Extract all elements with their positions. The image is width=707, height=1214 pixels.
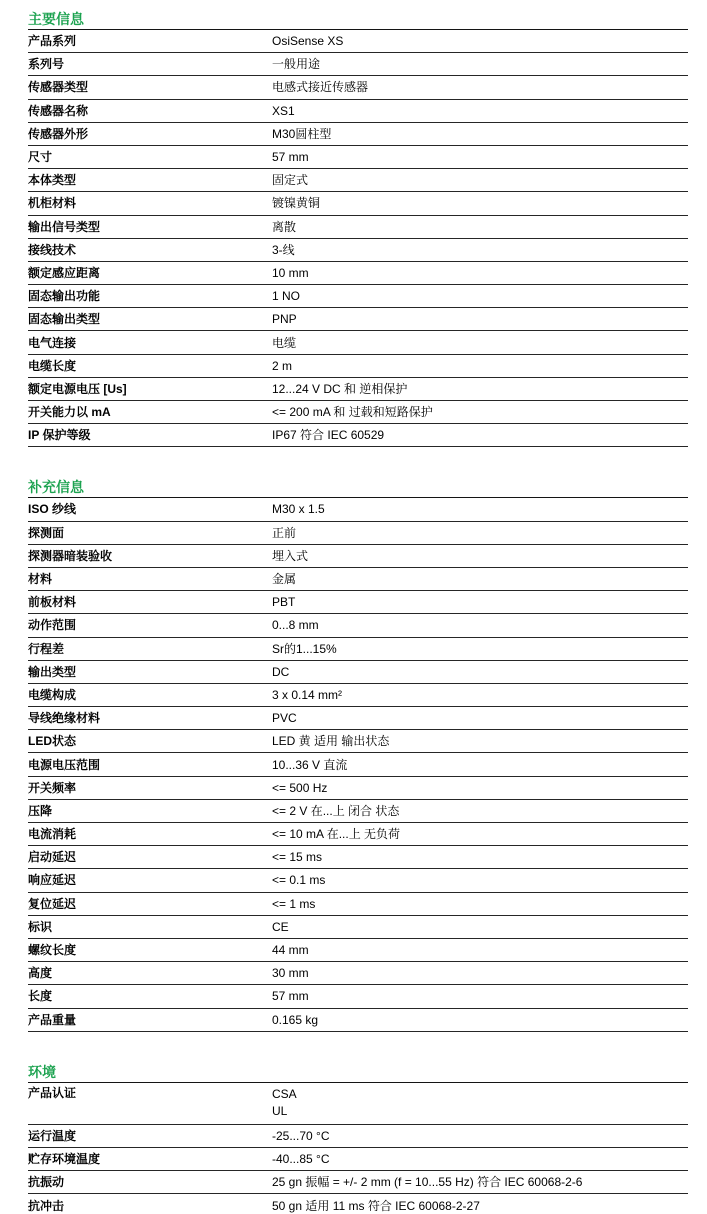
row-value: 30 mm (272, 966, 688, 980)
row-label: 固态输出功能 (28, 289, 272, 303)
spec-section: 补充信息 ISO 纱线 M30 x 1.5 探测面 正前 探测器暗装验收 埋入式… (28, 480, 688, 1031)
spec-table: 产品认证 CSAUL 运行温度 -25...70 °C 贮存环境温度 -40..… (28, 1082, 688, 1214)
product-datasheet-page: 主要信息 产品系列 OsiSense XS 系列号 一般用途 传感器类型 电感式… (0, 0, 707, 1214)
spec-section: 环境 产品认证 CSAUL 运行温度 -25...70 °C 贮存环境温度 -4… (28, 1065, 688, 1214)
row-value: 镀镍黄铜 (272, 196, 688, 210)
table-row: 输出类型 DC (28, 661, 688, 684)
row-value: 25 gn 振幅 = +/- 2 mm (f = 10...55 Hz) 符合 … (272, 1175, 688, 1189)
row-label: 探测面 (28, 526, 272, 540)
row-label: 贮存环境温度 (28, 1152, 272, 1166)
spec-table: 产品系列 OsiSense XS 系列号 一般用途 传感器类型 电感式接近传感器… (28, 29, 688, 447)
row-value: 0...8 mm (272, 618, 688, 632)
table-row: 行程差 Sr的1...15% (28, 638, 688, 661)
row-label: 尺寸 (28, 150, 272, 164)
row-label: 接线技术 (28, 243, 272, 257)
row-value: 44 mm (272, 943, 688, 957)
table-row: 导线绝缘材料 PVC (28, 707, 688, 730)
row-value: 离散 (272, 220, 688, 234)
row-label: 开关能力以 mA (28, 405, 272, 419)
row-value-line: UL (272, 1103, 688, 1120)
row-label: 复位延迟 (28, 897, 272, 911)
row-label: 行程差 (28, 642, 272, 656)
row-value: 正前 (272, 526, 688, 540)
row-value: OsiSense XS (272, 34, 688, 48)
table-row: 产品重量 0.165 kg (28, 1009, 688, 1032)
table-row: 电气连接 电缆 (28, 331, 688, 354)
table-row: IP 保护等级 IP67 符合 IEC 60529 (28, 424, 688, 447)
row-value: 电缆 (272, 336, 688, 350)
spec-section: 主要信息 产品系列 OsiSense XS 系列号 一般用途 传感器类型 电感式… (28, 12, 688, 447)
row-label: 输出类型 (28, 665, 272, 679)
row-value: 埋入式 (272, 549, 688, 563)
row-value: <= 500 Hz (272, 781, 688, 795)
row-label: 开关频率 (28, 781, 272, 795)
table-row: 运行温度 -25...70 °C (28, 1125, 688, 1148)
row-value: 10...36 V 直流 (272, 758, 688, 772)
row-label: 电气连接 (28, 336, 272, 350)
row-value: <= 2 V 在...上 闭合 状态 (272, 804, 688, 818)
row-value: <= 15 ms (272, 850, 688, 864)
table-row: 开关频率 <= 500 Hz (28, 777, 688, 800)
row-value: 电感式接近传感器 (272, 80, 688, 94)
row-value: DC (272, 665, 688, 679)
row-label: 动作范围 (28, 618, 272, 632)
table-row: 固态输出功能 1 NO (28, 285, 688, 308)
table-row: 系列号 一般用途 (28, 53, 688, 76)
row-label: 高度 (28, 966, 272, 980)
table-row: 前板材料 PBT (28, 591, 688, 614)
row-label: 系列号 (28, 57, 272, 71)
row-label: 响应延迟 (28, 873, 272, 887)
row-value: <= 1 ms (272, 897, 688, 911)
row-label: 机柜材料 (28, 196, 272, 210)
row-value: 57 mm (272, 150, 688, 164)
row-label: 标识 (28, 920, 272, 934)
row-value: 10 mm (272, 266, 688, 280)
row-value: <= 200 mA 和 过载和短路保护 (272, 405, 688, 419)
table-row: 螺纹长度 44 mm (28, 939, 688, 962)
table-row: 电缆构成 3 x 0.14 mm² (28, 684, 688, 707)
row-label: 本体类型 (28, 173, 272, 187)
table-row: 材料 金属 (28, 568, 688, 591)
row-label: 压降 (28, 804, 272, 818)
row-value: XS1 (272, 104, 688, 118)
table-row: 产品系列 OsiSense XS (28, 30, 688, 53)
row-value: 3-线 (272, 243, 688, 257)
table-row: 探测器暗装验收 埋入式 (28, 545, 688, 568)
table-row: 输出信号类型 离散 (28, 216, 688, 239)
row-label: 运行温度 (28, 1129, 272, 1143)
table-row: 开关能力以 mA <= 200 mA 和 过载和短路保护 (28, 401, 688, 424)
table-row: 电流消耗 <= 10 mA 在...上 无负荷 (28, 823, 688, 846)
row-value: 固定式 (272, 173, 688, 187)
row-label: 抗冲击 (28, 1199, 272, 1213)
table-row: 标识 CE (28, 916, 688, 939)
row-value-line: CSA (272, 1086, 688, 1103)
table-row: 产品认证 CSAUL (28, 1083, 688, 1125)
row-label: 电源电压范围 (28, 758, 272, 772)
row-value: CSAUL (272, 1086, 688, 1120)
row-label: 电缆构成 (28, 688, 272, 702)
row-value: -25...70 °C (272, 1129, 688, 1143)
table-row: 高度 30 mm (28, 962, 688, 985)
table-row: 接线技术 3-线 (28, 239, 688, 262)
row-label: 长度 (28, 989, 272, 1003)
row-label: 传感器名称 (28, 104, 272, 118)
row-label: 启动延迟 (28, 850, 272, 864)
table-row: 本体类型 固定式 (28, 169, 688, 192)
table-row: 启动延迟 <= 15 ms (28, 846, 688, 869)
table-row: 固态输出类型 PNP (28, 308, 688, 331)
row-label: 额定感应距离 (28, 266, 272, 280)
row-label: 传感器类型 (28, 80, 272, 94)
row-value: 0.165 kg (272, 1013, 688, 1027)
row-label: 探测器暗装验收 (28, 549, 272, 563)
row-label: 电流消耗 (28, 827, 272, 841)
row-value: LED 黄 适用 输出状态 (272, 734, 688, 748)
row-value: 3 x 0.14 mm² (272, 688, 688, 702)
row-value: M30 x 1.5 (272, 502, 688, 516)
table-row: 尺寸 57 mm (28, 146, 688, 169)
spec-table: ISO 纱线 M30 x 1.5 探测面 正前 探测器暗装验收 埋入式 材料 金… (28, 497, 688, 1031)
row-label: LED状态 (28, 734, 272, 748)
row-value: 1 NO (272, 289, 688, 303)
row-value: IP67 符合 IEC 60529 (272, 428, 688, 442)
row-value: PNP (272, 312, 688, 326)
section-title: 补充信息 (28, 480, 688, 495)
table-row: 探测面 正前 (28, 522, 688, 545)
row-value: CE (272, 920, 688, 934)
table-row: 电源电压范围 10...36 V 直流 (28, 753, 688, 776)
row-value: M30圆柱型 (272, 127, 688, 141)
row-value: 一般用途 (272, 57, 688, 71)
row-label: 抗振动 (28, 1175, 272, 1189)
table-row: ISO 纱线 M30 x 1.5 (28, 498, 688, 521)
table-row: 动作范围 0...8 mm (28, 614, 688, 637)
row-value: Sr的1...15% (272, 642, 688, 656)
table-row: 压降 <= 2 V 在...上 闭合 状态 (28, 800, 688, 823)
table-row: 贮存环境温度 -40...85 °C (28, 1148, 688, 1171)
table-row: 抗冲击 50 gn 适用 11 ms 符合 IEC 60068-2-27 (28, 1194, 688, 1214)
row-label: 材料 (28, 572, 272, 586)
row-label: 输出信号类型 (28, 220, 272, 234)
row-value: 50 gn 适用 11 ms 符合 IEC 60068-2-27 (272, 1199, 688, 1213)
table-row: 抗振动 25 gn 振幅 = +/- 2 mm (f = 10...55 Hz)… (28, 1171, 688, 1194)
row-value: 12...24 V DC 和 逆相保护 (272, 382, 688, 396)
table-row: 额定电源电压 [Us] 12...24 V DC 和 逆相保护 (28, 378, 688, 401)
table-row: 复位延迟 <= 1 ms (28, 893, 688, 916)
table-row: 额定感应距离 10 mm (28, 262, 688, 285)
row-value: 金属 (272, 572, 688, 586)
row-value: -40...85 °C (272, 1152, 688, 1166)
table-row: 电缆长度 2 m (28, 355, 688, 378)
row-label: 产品重量 (28, 1013, 272, 1027)
section-title: 环境 (28, 1065, 688, 1080)
row-value: <= 10 mA 在...上 无负荷 (272, 827, 688, 841)
table-row: 传感器名称 XS1 (28, 100, 688, 123)
table-row: 机柜材料 镀镍黄铜 (28, 192, 688, 215)
row-label: 电缆长度 (28, 359, 272, 373)
row-label: 传感器外形 (28, 127, 272, 141)
row-label: ISO 纱线 (28, 502, 272, 516)
row-value: PVC (272, 711, 688, 725)
section-title: 主要信息 (28, 12, 688, 27)
row-label: 产品认证 (28, 1086, 272, 1100)
table-row: LED状态 LED 黄 适用 输出状态 (28, 730, 688, 753)
row-label: 固态输出类型 (28, 312, 272, 326)
row-label: 螺纹长度 (28, 943, 272, 957)
table-row: 传感器类型 电感式接近传感器 (28, 76, 688, 99)
row-label: 额定电源电压 [Us] (28, 382, 272, 396)
row-label: IP 保护等级 (28, 428, 272, 442)
row-label: 产品系列 (28, 34, 272, 48)
row-value: 57 mm (272, 989, 688, 1003)
table-row: 传感器外形 M30圆柱型 (28, 123, 688, 146)
row-label: 前板材料 (28, 595, 272, 609)
row-label: 导线绝缘材料 (28, 711, 272, 725)
row-value: 2 m (272, 359, 688, 373)
table-row: 响应延迟 <= 0.1 ms (28, 869, 688, 892)
row-value: <= 0.1 ms (272, 873, 688, 887)
row-value: PBT (272, 595, 688, 609)
table-row: 长度 57 mm (28, 985, 688, 1008)
